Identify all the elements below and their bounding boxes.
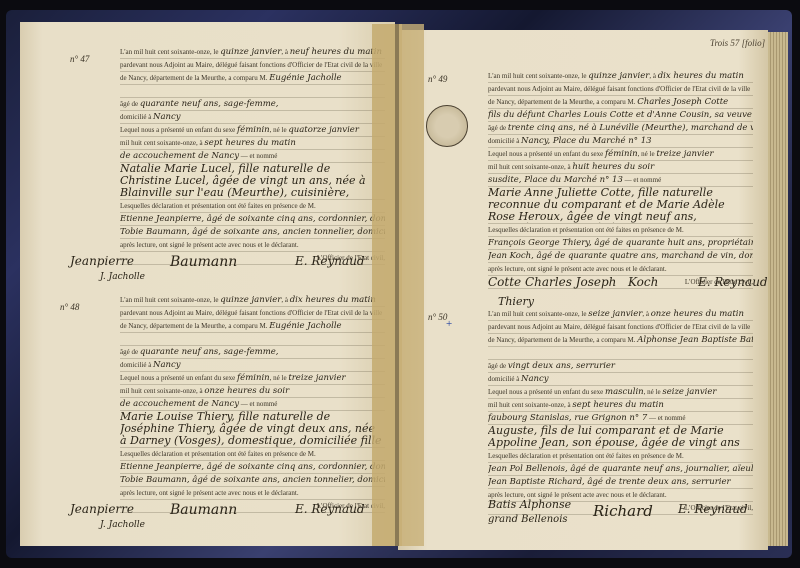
binding-tape <box>398 24 424 546</box>
signature: Jeanpierre <box>70 254 134 268</box>
birth-entry-48: L'an mil huit cent soixante-onze, le qui… <box>120 294 385 513</box>
signature: grand Bellenois <box>488 514 568 525</box>
entry-number: n° 47 <box>70 54 89 64</box>
signature: Baumann <box>170 502 237 518</box>
page-edges <box>768 32 788 546</box>
signature: Cotte Charles Joseph <box>488 275 616 289</box>
signature: J. Jacholle <box>100 520 145 530</box>
signature: Richard <box>593 502 653 520</box>
signature: J. Jacholle <box>100 272 145 282</box>
entry-number: n° 49 <box>428 74 447 84</box>
book-spine <box>395 24 399 546</box>
signature: Koch <box>628 275 658 289</box>
signature: Thiery <box>498 295 534 308</box>
entry-number: n° 50 <box>428 312 447 322</box>
mairie-stamp-icon <box>426 105 468 147</box>
birth-entry-50: L'an mil huit cent soixante-onze, le sei… <box>488 308 753 515</box>
birth-entry-49: L'an mil huit cent soixante-onze, le qui… <box>488 70 753 289</box>
left-page: n° 47 L'an mil huit cent soixante-onze, … <box>20 22 395 546</box>
signature: Jeanpierre <box>70 502 134 516</box>
folio-number: Trois 57 [folio] <box>710 38 765 48</box>
signature: Batis Alphonse <box>488 498 571 511</box>
entry-number: n° 48 <box>60 302 79 312</box>
cross-mark: + <box>446 318 452 330</box>
birth-entry-47: L'an mil huit cent soixante-onze, le qui… <box>120 46 385 265</box>
signature: E. Reynaud <box>295 254 365 268</box>
signature: Baumann <box>170 254 237 270</box>
signature: E. Reynaud <box>295 502 365 516</box>
signature: E. Reynaud <box>698 275 768 289</box>
signature: E. Reynaud <box>678 502 748 516</box>
